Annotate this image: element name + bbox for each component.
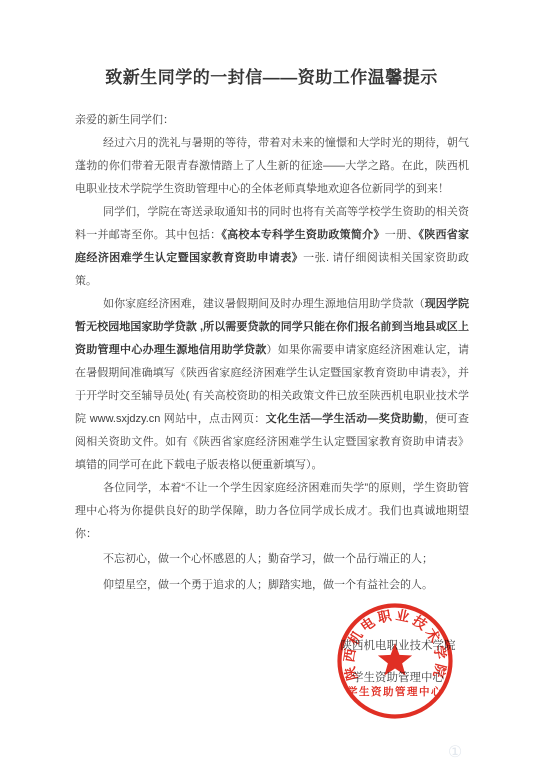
- paragraph-principle: 各位同学，本着“不让一个学生因家庭经济困难而失学”的原则，学生资助管理中心将为你…: [75, 477, 469, 546]
- official-seal-stamp: 陕西机电职业技术学院 学生资助管理中心: [335, 601, 455, 721]
- text-run: 各位同学，本着“不让一个学生因家庭经济困难而失学”的原则，学生资助管理中心将为你…: [75, 482, 469, 540]
- document-page: 致新生同学的一封信——资助工作温馨提示 亲爱的新生同学们： 经过六月的洗礼与暑期…: [0, 0, 543, 768]
- text-run: 不忘初心，做一个心怀感恩的人；勤奋学习，做一个品行端正的人；: [103, 553, 433, 565]
- page-indicator-icon: ①: [446, 744, 464, 762]
- seal-star-icon: [378, 643, 412, 676]
- letter-body: 亲爱的新生同学们： 经过六月的洗礼与暑期的等待，带着对未来的憧憬和大学时光的期待…: [75, 109, 469, 598]
- motto-line-2: 仰望星空，做一个勇于追求的人；脚踏实地，做一个有益社会的人。: [75, 572, 469, 598]
- booklet-title: 《高校本专科学生资助政策简介》: [221, 229, 384, 241]
- paragraph-loan-instructions: 如你家庭经济困难，建议暑假期间及时办理生源地信用助学贷款（现因学院暂无校园地国家…: [75, 293, 469, 477]
- text-run: 如你家庭经济困难，建议暑假期间及时办理生源地信用助学贷款（: [103, 298, 425, 310]
- page-title: 致新生同学的一封信——资助工作温馨提示: [0, 63, 543, 88]
- text-run: 网站中，点击网页：: [160, 413, 265, 425]
- text-run: 经过六月的洗礼与暑期的等待，带着对未来的憧憬和大学时光的期待，朝气蓬勃的你们带着…: [75, 137, 469, 195]
- salutation: 亲爱的新生同学们：: [75, 109, 469, 132]
- text-run: 一册、: [385, 229, 419, 241]
- website-url: www.sxjdzy.cn: [90, 413, 161, 425]
- motto-line-1: 不忘初心，做一个心怀感恩的人；勤奋学习，做一个品行端正的人；: [75, 546, 469, 572]
- paragraph-mailed-materials: 同学们，学院在寄送录取通知书的同时也将有关高等学校学生资助的相关资料一并邮寄至你…: [75, 201, 469, 293]
- text-run: 仰望星空，做一个勇于追求的人；脚踏实地，做一个有益社会的人。: [103, 579, 433, 591]
- website-menu-path: 文化生活—学生活动—奖贷助勤: [266, 413, 424, 425]
- seal-bottom-text: 学生资助管理中心: [347, 685, 443, 698]
- paragraph-welcome: 经过六月的洗礼与暑期的等待，带着对未来的憧憬和大学时光的期待，朝气蓬勃的你们带着…: [75, 132, 469, 201]
